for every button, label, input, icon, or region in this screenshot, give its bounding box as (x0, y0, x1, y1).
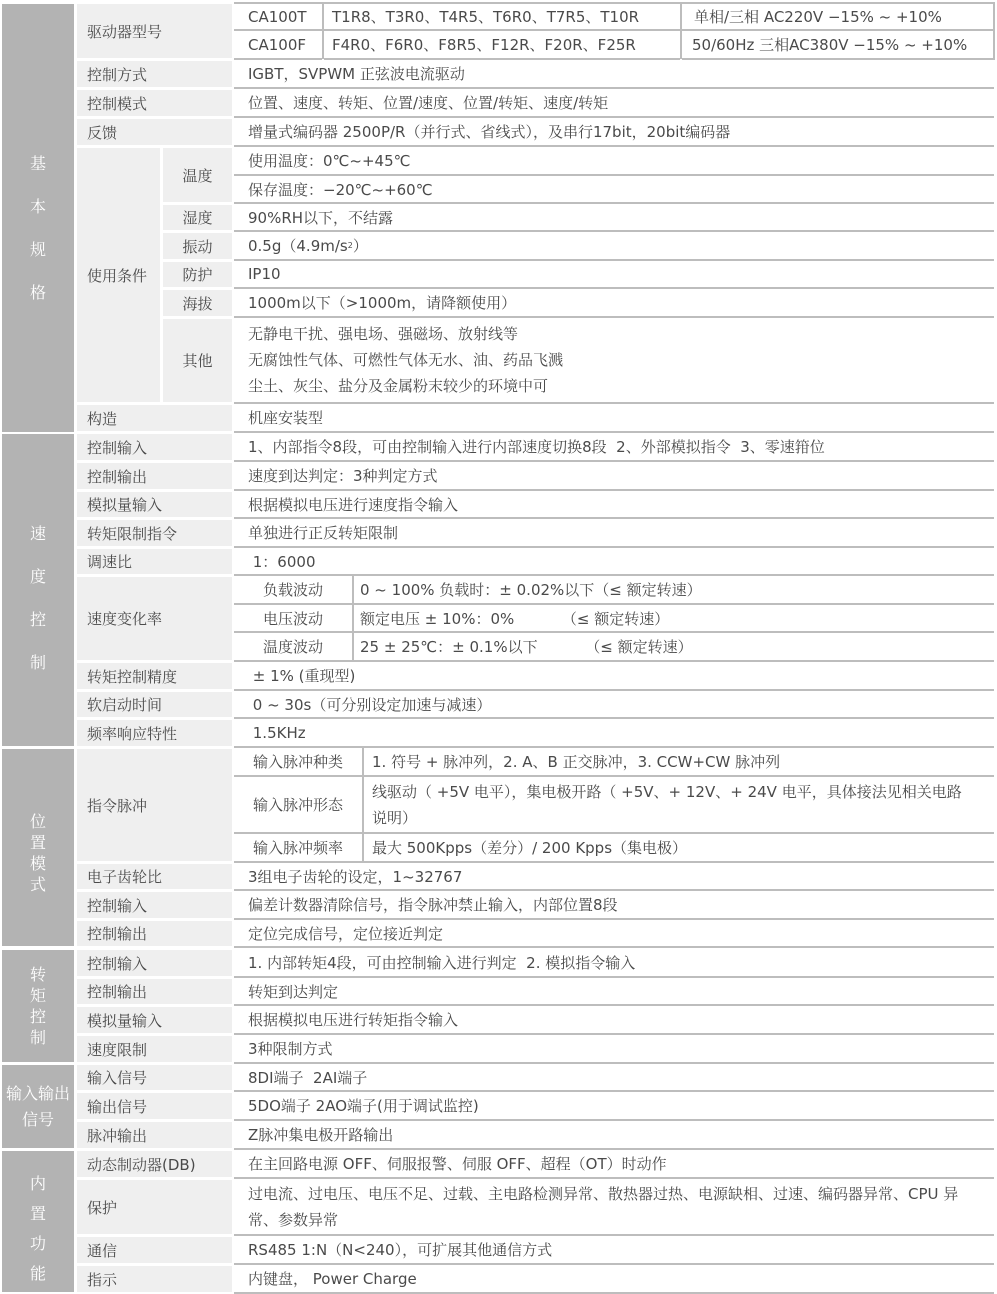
value-pulse-frequency: 最大 500Kpps（差分）/ 200 Kpps（集电极） (364, 834, 994, 863)
value-indication: 内键盘， Power Charge (234, 1265, 994, 1294)
label-position-control-input: 控制输入 (77, 892, 232, 918)
value-torque-control-output: 转矩到达判定 (234, 978, 994, 1006)
driver-series-1: CA100T (234, 2, 322, 31)
category-char: 转 (30, 964, 46, 985)
value-voltage-fluctuation: 额定电压 ± 10%：0% （≤ 额定转速） (354, 605, 994, 633)
value-torque-analog-input: 根据模拟电压进行转矩指令输入 (234, 1006, 994, 1035)
label-pulse-form: 输入脉冲形态 (234, 777, 362, 834)
label-speed-control-output: 控制输出 (77, 463, 232, 489)
category-torque-control: 转 矩 控 制 (2, 950, 74, 1062)
label-speed-variation: 速度变化率 (77, 577, 232, 660)
value-frequency-response: 1.5KHz (234, 719, 994, 748)
value-soft-start: 0 ~ 30s（可分别设定加速与减速） (234, 691, 994, 719)
label-communication: 通信 (77, 1237, 232, 1263)
label-position-control-output: 控制输出 (77, 921, 232, 946)
value-other: 无静电干扰、强电场、强磁场、放射线等 无腐蚀性气体、可燃性气体无水、油、药品飞溅… (234, 318, 994, 404)
category-char: 功 (30, 1229, 46, 1259)
category-char: 控 (30, 1006, 46, 1027)
value-electronic-gear: 3组电子齿轮的设定，1~32767 (234, 863, 994, 891)
category-io-signal: 输入输出 信号 (2, 1065, 74, 1148)
category-char: 制 (30, 641, 46, 684)
category-position-mode: 位 置 模 式 (2, 749, 74, 946)
category-line: 输入输出 (6, 1081, 70, 1107)
category-char: 内 (30, 1169, 46, 1199)
label-torque-control-input: 控制输入 (77, 950, 232, 976)
category-char: 矩 (30, 985, 46, 1006)
value-torque-control-input: 1. 内部转矩4段，可由控制输入进行判定 2. 模拟指令输入 (234, 949, 994, 978)
label-pulse-frequency: 输入脉冲频率 (234, 834, 362, 863)
driver-series-2: CA100F (234, 31, 322, 60)
vibration-tail: ） (353, 235, 368, 256)
category-char: 格 (30, 271, 46, 314)
value-pulse-type: 1. 符号 + 脉冲列，2. A、B 正交脉冲，3. CCW+CW 脉冲列 (364, 748, 994, 777)
label-pulse-type: 输入脉冲种类 (234, 748, 362, 777)
divider (362, 748, 364, 863)
label-voltage-fluctuation: 电压波动 (234, 605, 352, 633)
category-char: 本 (30, 185, 46, 228)
value-position-control-input: 偏差计数器清除信号，指令脉冲禁止输入，内部位置8段 (234, 891, 994, 920)
value-speed-control-output: 速度到达判定：3种判定方式 (234, 462, 994, 491)
label-frequency-response: 频率响应特性 (77, 720, 232, 746)
label-temperature-fluctuation: 温度波动 (234, 633, 352, 662)
label-feedback: 反馈 (77, 119, 232, 145)
label-input-signal: 输入信号 (77, 1065, 232, 1090)
label-speed-control-input: 控制输入 (77, 434, 232, 460)
category-basic-spec: 基 本 规 格 (2, 4, 74, 432)
category-char: 控 (30, 598, 46, 641)
driver-power-1: 单相/三相 AC220V −15% ~ +10% (682, 2, 994, 31)
value-speed-ratio: 1：6000 (234, 548, 994, 576)
label-pulse-output: 脉冲输出 (77, 1122, 232, 1148)
label-torque-control-output: 控制输出 (77, 979, 232, 1004)
value-control-method: IGBT，SVPWM 正弦波电流驱动 (234, 60, 994, 89)
category-char: 能 (30, 1259, 46, 1289)
value-output-signal: 5DO端子 2AO端子(用于调试监控) (234, 1092, 994, 1121)
label-driver-model: 驱动器型号 (77, 4, 232, 58)
category-char: 位 (30, 811, 46, 832)
label-torque-accuracy: 转矩控制精度 (77, 663, 232, 689)
label-control-method: 控制方式 (77, 61, 232, 87)
value-position-control-output: 定位完成信号，定位接近判定 (234, 920, 994, 948)
value-protection-function: 过电流、过电压、电压不足、过载、主电路检测异常、散热器过热、电源缺相、过速、编码… (234, 1179, 994, 1236)
driver-models-2: F4R0、F6R0、F8R5、F12R、F20R、F25R (324, 31, 680, 60)
category-line: 信号 (6, 1107, 70, 1133)
value-speed-limit: 3种限制方式 (234, 1035, 994, 1064)
value-humidity: 90%RH以下，不结露 (234, 204, 994, 232)
label-structure: 构造 (77, 405, 232, 431)
value-vibration: 0.5g（4.9m/s2） (234, 232, 994, 261)
label-speed-analog-input: 模拟量输入 (77, 492, 232, 517)
label-soft-start: 软启动时间 (77, 692, 232, 717)
label-altitude: 海拔 (163, 290, 232, 316)
value-altitude: 1000m以下（>1000m，请降额使用） (234, 289, 994, 318)
label-humidity: 湿度 (163, 205, 232, 230)
value-input-signal: 8DI端子 2AI端子 (234, 1064, 994, 1092)
category-speed-control: 速 度 控 制 (2, 434, 74, 746)
value-communication: RS485 1:N（N<240），可扩展其他通信方式 (234, 1236, 994, 1265)
label-torque-limit-cmd: 转矩限制指令 (77, 520, 232, 546)
category-char: 规 (30, 228, 46, 271)
driver-power-2: 50/60Hz 三相AC380V −15% ~ +10% (682, 31, 994, 60)
other-line: 尘土、灰尘、盐分及金属粉末较少的环境中可 (248, 373, 548, 399)
label-speed-limit: 速度限制 (77, 1036, 232, 1062)
value-temperature-use: 使用温度：0℃~+45℃ (234, 147, 994, 176)
value-feedback: 增量式编码器 2500P/R（并行式、省线式），及串行17bit，20bit编码… (234, 118, 994, 147)
label-speed-ratio: 调速比 (77, 549, 232, 574)
label-dynamic-brake: 动态制动器(DB) (77, 1151, 232, 1177)
category-char: 制 (30, 1027, 46, 1048)
value-speed-analog-input: 根据模拟电压进行速度指令输入 (234, 491, 994, 519)
category-char: 基 (30, 142, 46, 185)
value-load-fluctuation: 0 ~ 100% 负载时：± 0.02%以下（≤ 额定转速） (354, 576, 994, 605)
label-control-mode: 控制模式 (77, 90, 232, 116)
category-char: 度 (30, 555, 46, 598)
value-structure: 机座安装型 (234, 404, 994, 433)
label-indication: 指示 (77, 1266, 232, 1292)
other-line: 无腐蚀性气体、可燃性气体无水、油、药品飞溅 (248, 347, 563, 373)
category-char: 速 (30, 512, 46, 555)
label-temperature: 温度 (163, 148, 232, 202)
category-char: 模 (30, 853, 46, 874)
driver-models-1: T1R8、T3R0、T4R5、T6R0、T7R5、T10R (324, 2, 680, 31)
category-char: 置 (30, 832, 46, 853)
label-output-signal: 输出信号 (77, 1093, 232, 1119)
value-control-mode: 位置、速度、转矩、位置/速度、位置/转矩、速度/转矩 (234, 89, 994, 118)
value-speed-control-input: 1、内部指令8段，可由控制输入进行内部速度切换8段 2、外部模拟指令 3、零速箝… (234, 433, 994, 462)
category-char: 置 (30, 1199, 46, 1229)
label-protection-function: 保护 (77, 1180, 232, 1234)
value-pulse-output: Z脉冲集电极开路输出 (234, 1121, 994, 1150)
label-protection: 防护 (163, 262, 232, 287)
label-use-conditions: 使用条件 (77, 148, 160, 402)
label-load-fluctuation: 负载波动 (234, 576, 352, 605)
category-builtin-function: 内 置 功 能 (2, 1151, 74, 1292)
value-protection: IP10 (234, 261, 994, 289)
label-other: 其他 (163, 319, 232, 402)
label-electronic-gear: 电子齿轮比 (77, 864, 232, 889)
divider (993, 2, 995, 60)
other-line: 无静电干扰、强电场、强磁场、放射线等 (248, 321, 518, 347)
value-torque-limit-cmd: 单独进行正反转矩限制 (234, 519, 994, 548)
value-dynamic-brake: 在主回路电源 OFF、伺服报警、伺服 OFF、超程（OT）时动作 (234, 1150, 994, 1179)
value-pulse-form: 线驱动（ +5V 电平），集电极开路（ +5V、+ 12V、+ 24V 电平，具… (364, 777, 994, 834)
label-torque-analog-input: 模拟量输入 (77, 1007, 232, 1033)
category-char: 式 (30, 874, 46, 895)
vibration-text: 0.5g（4.9m/s (248, 235, 348, 256)
value-torque-accuracy: ± 1% (重现型) (234, 662, 994, 691)
label-command-pulse: 指令脉冲 (77, 749, 232, 861)
divider (352, 576, 354, 662)
value-temperature-storage: 保存温度：−20℃~+60℃ (234, 176, 994, 204)
value-temperature-fluctuation: 25 ± 25℃：± 0.1%以下 （≤ 额定转速） (354, 633, 994, 662)
label-vibration: 振动 (163, 233, 232, 259)
